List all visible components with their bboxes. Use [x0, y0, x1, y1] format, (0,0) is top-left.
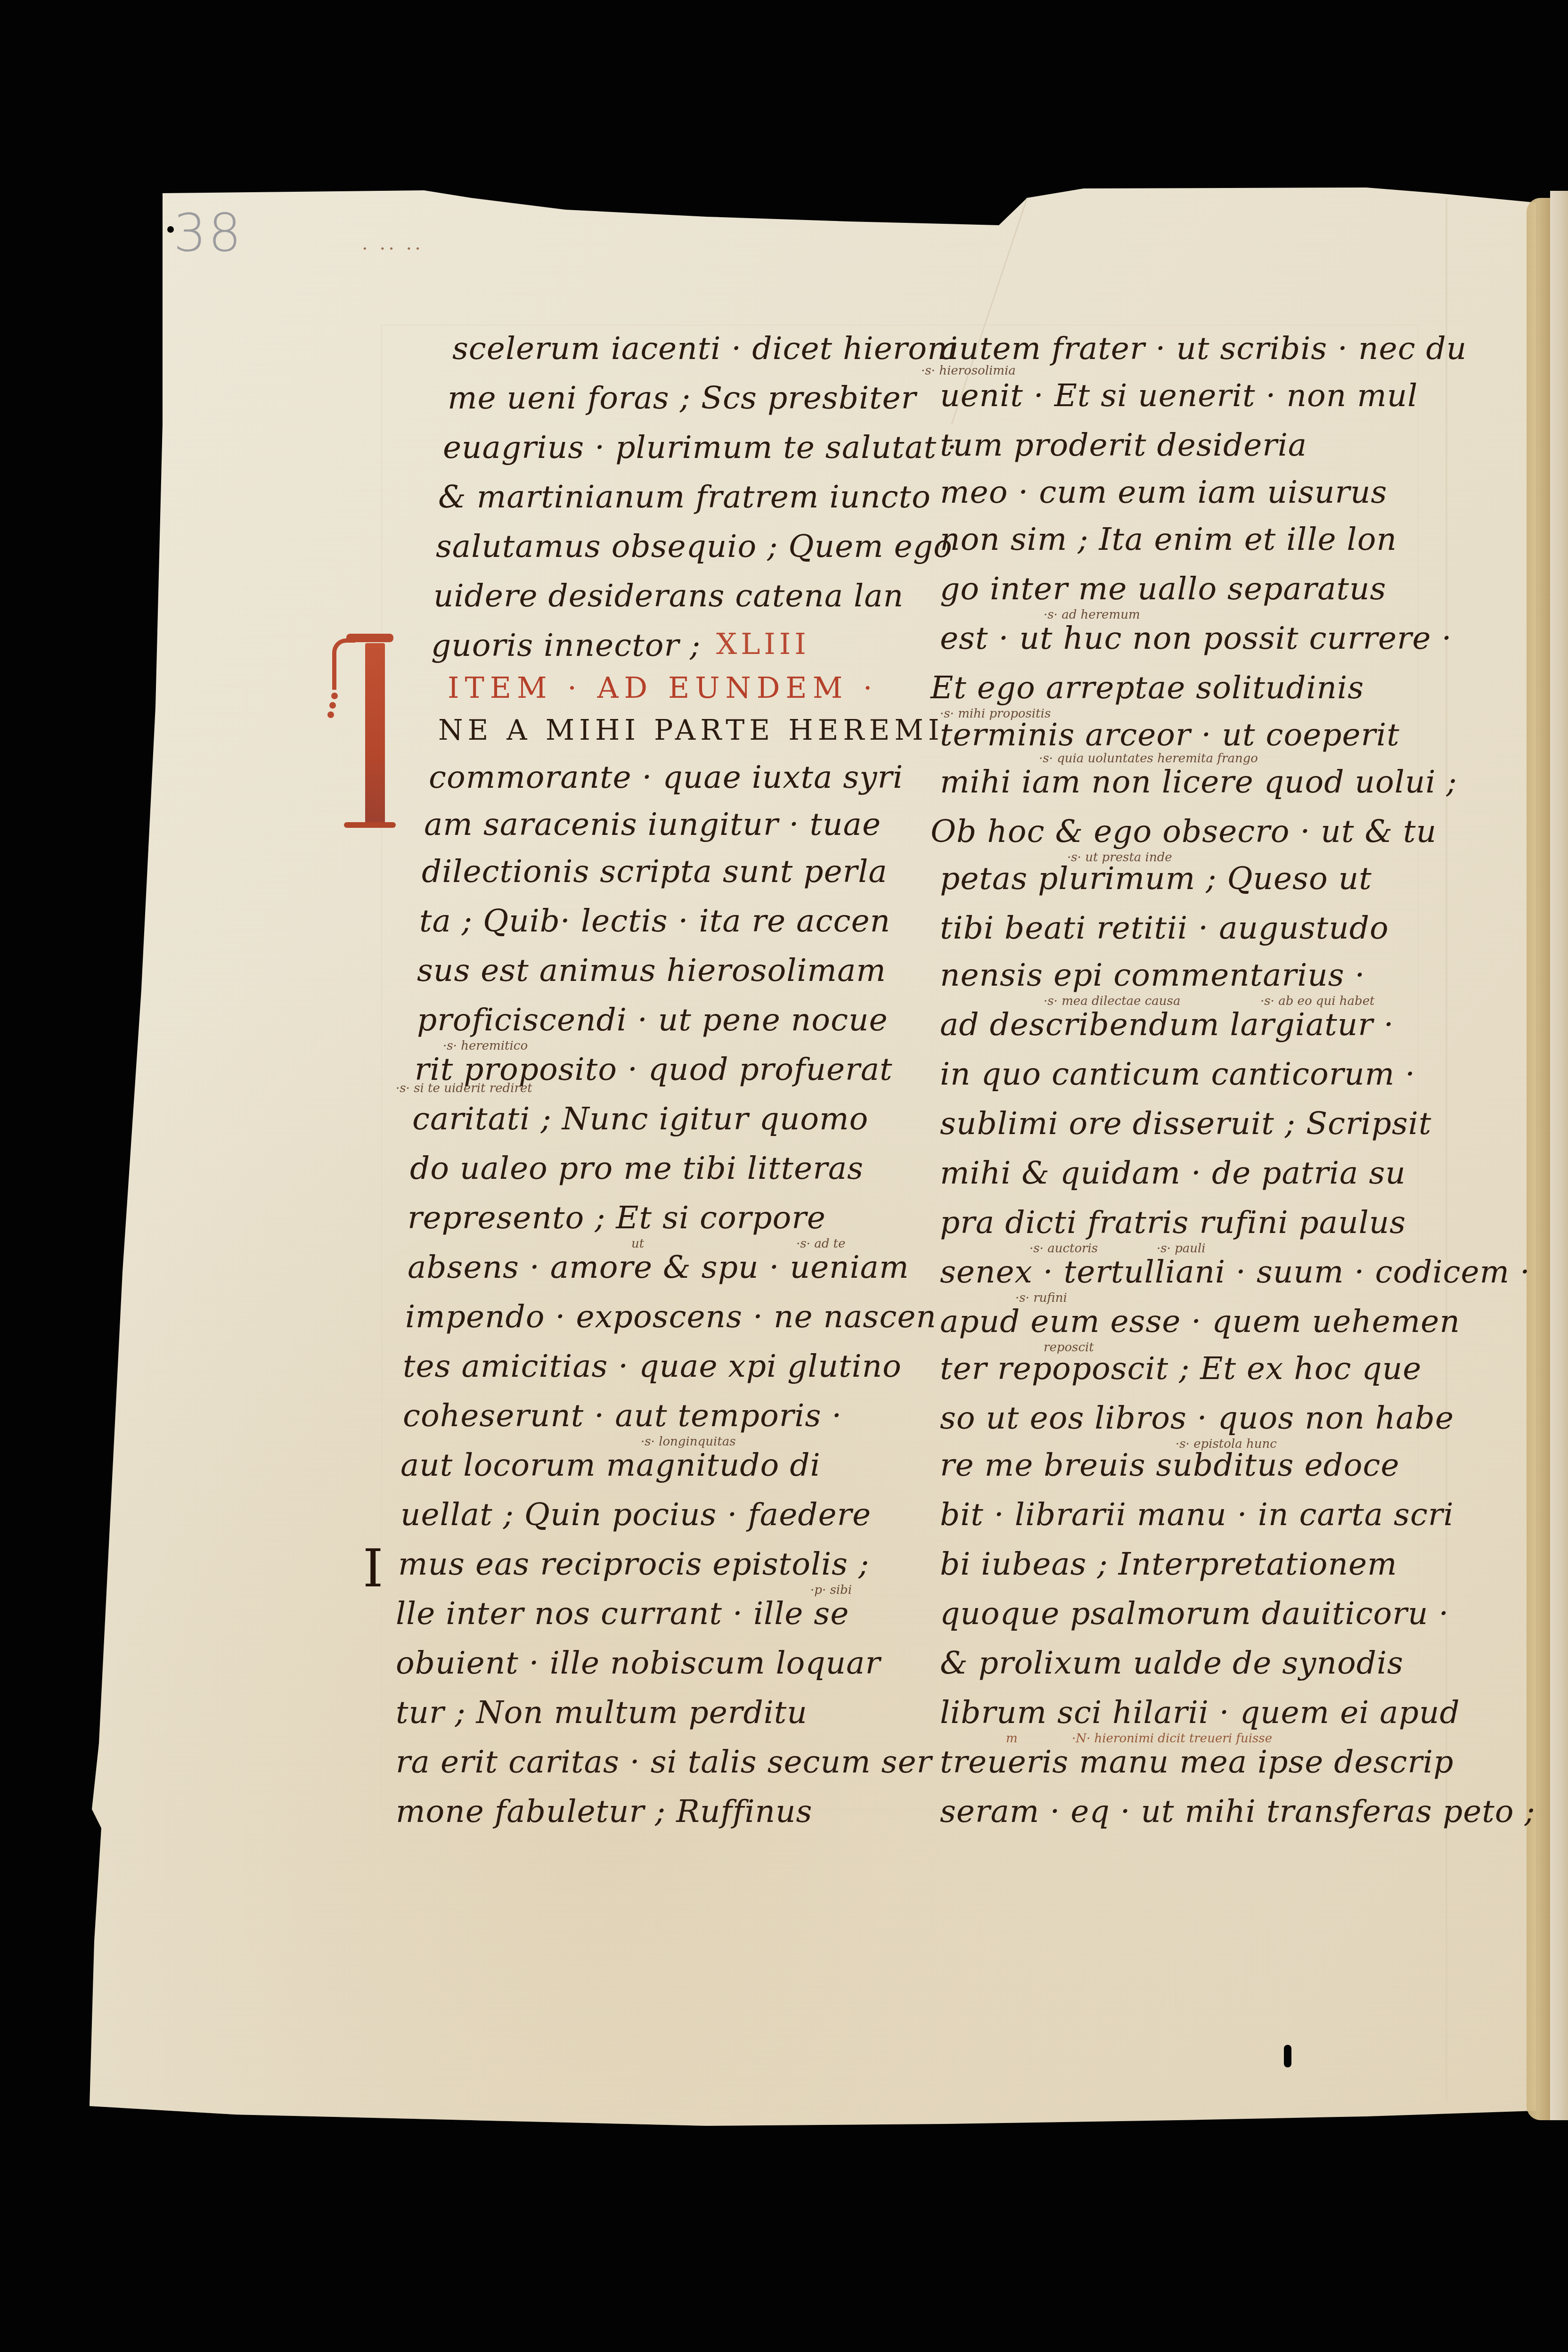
- text-line-capitals: NE A MIHI PARTE HEREMI: [438, 711, 944, 749]
- page-gutter: [1550, 191, 1568, 2120]
- text-line: non sim ; Ita enim et ille lon: [940, 521, 1397, 558]
- text-line: bit · librarii manu · in carta scri: [940, 1496, 1454, 1534]
- decorated-initial-I: [351, 634, 389, 832]
- text-line: ta ; Quib· lectis · ita re accen: [419, 902, 890, 940]
- text-line: dilectionis scripta sunt perla: [422, 853, 888, 890]
- rubric-heading: ITEM · AD EUNDEM ·: [448, 669, 878, 707]
- text-line: euagrius · plurimum te salutat ·: [443, 429, 957, 466]
- interlinear-gloss: ·s· si te uiderit rediret: [396, 1081, 532, 1095]
- text-line: mone fabuletur ; Ruffinus: [396, 1793, 812, 1830]
- text-line: senex · tertulliani · suum · codicem ·: [940, 1253, 1530, 1291]
- text-line: guoris innector ;: [431, 627, 701, 664]
- text-line: proficiscendi · ut pene nocue: [417, 1001, 888, 1039]
- text-line: ra erit caritas · si talis secum ser: [396, 1743, 932, 1781]
- text-line: tibi beati retitii · augustudo: [940, 909, 1389, 947]
- text-line: do ualeo pro me tibi litteras: [410, 1150, 864, 1187]
- text-line: ter repoposcit ; Et ex hoc que: [940, 1350, 1421, 1388]
- text-line: seram · eq · ut mihi transferas peto ;: [940, 1793, 1535, 1830]
- vellum-hole: [1284, 2045, 1291, 2067]
- text-line: ad describendum largiatur ·: [940, 1006, 1394, 1044]
- text-line: uellat ; Quin pocius · faedere: [400, 1496, 871, 1534]
- text-line: so ut eos libros · quos non habe: [940, 1399, 1454, 1437]
- text-line: pra dicti fratris rufini paulus: [940, 1204, 1406, 1241]
- text-line: coheserunt · aut temporis ·: [403, 1397, 842, 1435]
- initial-dot: [327, 711, 334, 718]
- text-line: salutamus obsequio ; Quem ego: [436, 528, 953, 565]
- text-line: sus est animus hierosolimam: [417, 952, 886, 989]
- interlinear-gloss: ·s· hierosolimia: [921, 364, 1016, 378]
- text-line: impendo · exposcens · ne nascen: [405, 1298, 937, 1336]
- text-line: in quo canticum canticorum ·: [940, 1055, 1415, 1093]
- text-line: mihi iam non licere quod uolui ;: [940, 763, 1457, 801]
- text-line: am saracenis iungitur · tuae: [424, 806, 881, 843]
- margin-initial: I: [363, 1538, 383, 1599]
- initial-top-bar: [346, 634, 393, 642]
- initial-stem: [365, 643, 385, 827]
- text-line: scelerum iacenti · dicet hieroni: [452, 330, 958, 367]
- text-line: aut locorum magnitudo di: [400, 1446, 821, 1484]
- text-line: treueris manu mea ipse descrip: [940, 1743, 1454, 1781]
- text-line: lle inter nos currant · ille se: [396, 1595, 849, 1633]
- text-line: Ob hoc & ego obsecro · ut & tu: [931, 813, 1437, 850]
- text-line: est · ut huc non possit currere ·: [940, 620, 1452, 657]
- chapter-number: XLIII: [716, 627, 810, 661]
- initial-foot: [344, 822, 396, 828]
- initial-flourish: [332, 638, 355, 690]
- text-line: commorante · quae iuxta syri: [429, 759, 903, 796]
- text-line: mus eas reciprocis epistolis ;: [398, 1545, 869, 1583]
- text-line: mihi & quidam · de patria su: [940, 1154, 1406, 1192]
- text-line: go inter me uallo separatus: [940, 570, 1386, 608]
- text-line: terminis arceor · ut coeperit: [940, 716, 1400, 754]
- text-line: meo · cum eum iam uisurus: [940, 474, 1387, 511]
- text-line: obuient · ille nobiscum loquar: [396, 1644, 881, 1682]
- text-line: me ueni foras ; Scs presbiter: [448, 379, 916, 417]
- manuscript-scene: 38 · ·· ·· I scelerum iacenti · dicet hi…: [0, 0, 1568, 2352]
- top-ink-marks: · ·· ··: [362, 238, 424, 260]
- text-line: tum proderit desideria: [940, 426, 1307, 464]
- text-line: absens · amore & spu · ueniam: [408, 1249, 909, 1286]
- text-line: nensis epi commentarius ·: [940, 956, 1365, 994]
- initial-dot: [329, 702, 336, 709]
- text-line: bi iubeas ; Interpretationem: [940, 1545, 1397, 1583]
- text-line: & prolixum ualde de synodis: [940, 1644, 1404, 1682]
- text-line: petas plurimum ; Queso ut: [940, 860, 1372, 898]
- text-line: autem frater · ut scribis · nec du: [940, 330, 1467, 367]
- text-line: sublimi ore disseruit ; Scripsit: [940, 1105, 1431, 1143]
- text-line: uenit · Et si uenerit · non mul: [940, 377, 1418, 415]
- text-line: apud eum esse · quem uehemen: [940, 1303, 1460, 1340]
- text-line: tur ; Non multum perditu: [396, 1694, 808, 1731]
- text-line: Et ego arreptae solitudinis: [931, 669, 1364, 707]
- text-line: re me breuis subditus edoce: [940, 1446, 1399, 1484]
- folio-number: 38: [173, 203, 243, 263]
- text-line: tes amicitias · quae xpi glutino: [403, 1347, 902, 1385]
- text-line: represento ; Et si corpore: [408, 1199, 826, 1237]
- text-line: librum sci hilarii · quem ei apud: [940, 1694, 1460, 1731]
- initial-dot: [331, 693, 338, 699]
- text-line: & martinianum fratrem iuncto: [438, 478, 931, 516]
- text-line: quoque psalmorum dauiticoru ·: [940, 1595, 1449, 1633]
- vellum-hole: [167, 226, 174, 233]
- text-line: uidere desiderans catena lan: [433, 577, 904, 615]
- text-line: caritati ; Nunc igitur quomo: [412, 1100, 868, 1138]
